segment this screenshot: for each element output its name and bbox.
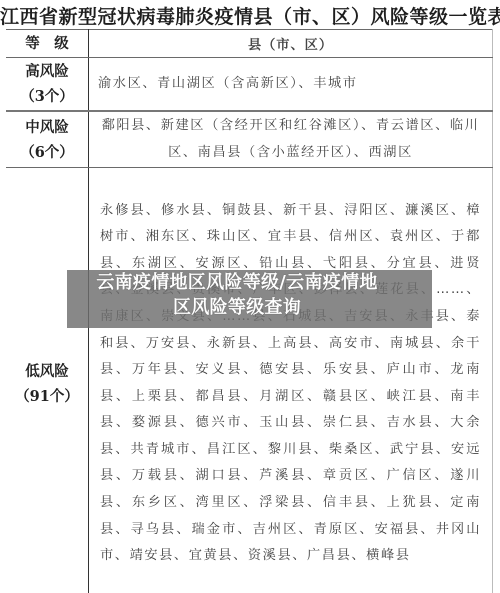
caption-overlay: 云南疫情地区风险等级/云南疫情地 区风险等级查询 bbox=[67, 270, 407, 320]
table-row-high-risk: 高风险 （3个） 渝水区、青山湖区（含高新区）、丰城市 bbox=[6, 58, 493, 112]
table-row-low-risk: 低风险 （91个） 永修县、修水县、铜鼓县、新干县、浔阳区、濂溪区、樟树市、湘东… bbox=[6, 168, 493, 593]
level-count: （91个） bbox=[7, 384, 87, 409]
level-count: （6个） bbox=[7, 140, 87, 165]
areas-text: 鄱阳县、新建区（含经开区和红谷滩区）、青云谱区、临川区、南昌县（含小蓝经开区）、… bbox=[90, 113, 491, 166]
areas-cell-high: 渝水区、青山湖区（含高新区）、丰城市 bbox=[89, 58, 493, 112]
areas-cell-medium: 鄱阳县、新建区（含经开区和红谷滩区）、青云谱区、临川区、南昌县（含小蓝经开区）、… bbox=[89, 111, 493, 168]
level-label: 低风险 bbox=[7, 359, 87, 384]
document-title: 江西省新型冠状病毒肺炎疫情县（市、区）风险等级一览表 bbox=[0, 2, 500, 29]
areas-text: 渝水区、青山湖区（含高新区）、丰城市 bbox=[90, 71, 491, 98]
areas-text: 永修县、修水县、铜鼓县、新干县、浔阳区、濂溪区、樟树市、湘东区、珠山区、宜丰县、… bbox=[90, 198, 491, 570]
areas-cell-low: 永修县、修水县、铜鼓县、新干县、浔阳区、濂溪区、樟树市、湘东区、珠山区、宜丰县、… bbox=[89, 168, 493, 593]
caption-line-2: 区风险等级查询 bbox=[67, 295, 407, 320]
level-count: （3个） bbox=[7, 84, 87, 109]
level-cell-high: 高风险 （3个） bbox=[6, 58, 89, 112]
table-header-row: 等 级 县（市、区） bbox=[6, 30, 493, 58]
header-areas: 县（市、区） bbox=[89, 30, 493, 58]
level-cell-medium: 中风险 （6个） bbox=[6, 111, 89, 168]
level-cell-low: 低风险 （91个） bbox=[6, 168, 89, 593]
level-label: 中风险 bbox=[7, 115, 87, 140]
caption-line-1: 云南疫情地区风险等级/云南疫情地 bbox=[67, 270, 407, 295]
table-row-medium-risk: 中风险 （6个） 鄱阳县、新建区（含经开区和红谷滩区）、青云谱区、临川区、南昌县… bbox=[6, 111, 493, 168]
level-label: 高风险 bbox=[7, 59, 87, 84]
header-level: 等 级 bbox=[6, 30, 89, 58]
